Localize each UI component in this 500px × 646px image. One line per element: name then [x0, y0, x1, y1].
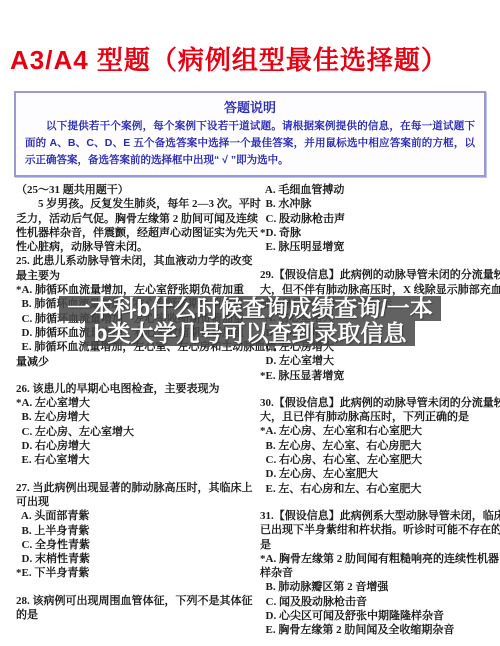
- text-line: *E. 下半身青紫: [16, 566, 256, 580]
- watermark-line: 一本科b什么时候查询成绩查询/一本: [59, 296, 440, 321]
- text-line: C. 股动脉枪击声: [260, 212, 496, 226]
- page-title: A3/A4 型题（病例组型最佳选择题）: [10, 40, 490, 77]
- text-line: [16, 369, 256, 382]
- text-line: 最主要为: [16, 269, 256, 283]
- text-line: 已出现下半身紫绀和杵状指。听诊时可能不存在的: [260, 523, 496, 537]
- text-line: E. 脉压明显增宽: [260, 240, 496, 254]
- text-line: B. 水冲脉: [260, 197, 496, 211]
- text-line: D. 左心房、左心室肥大: [260, 467, 496, 481]
- text-line: 31.【假设信息】此病例系大型动脉导管未闭，临床: [260, 509, 496, 523]
- text-line: C. 全身性青紫: [16, 538, 256, 552]
- text-line: （25～31 题共用题干）: [16, 183, 256, 197]
- text-line: 性心脏病，动脉导管未闭。: [16, 240, 256, 254]
- text-line: [260, 383, 496, 396]
- text-line: 大，且已伴有肺动脉高压时，下列正确的是: [260, 410, 496, 424]
- text-line: B. 左心房、左心室、右心房肥大: [260, 439, 496, 453]
- text-line: B. 左心房增大: [16, 410, 256, 424]
- exam-page: A3/A4 型题（病例组型最佳选择题） 答题说明 以下提供若干个案例，每个案例下…: [0, 0, 500, 646]
- text-line: 27. 当此病例出现显著的肺动脉高压时，其临床上: [16, 481, 256, 495]
- right-column: A. 毛细血管搏动 B. 水冲脉 C. 股动脉枪击声*D. 奇脉 E. 脉压明显…: [260, 183, 496, 638]
- text-line: 的是: [16, 608, 256, 622]
- answer-instructions-box: 答题说明 以下提供若干个案例，每个案例下设若干道试题。请根据案例提供的信息，在每…: [14, 91, 486, 177]
- text-line: A. 头面部青紫: [16, 509, 256, 523]
- text-line: *D. 奇脉: [260, 226, 496, 240]
- text-line: D. 左心室增大: [260, 354, 496, 368]
- text-line: 29.【假设信息】此病例的动脉导管未闭的分流量较: [260, 268, 496, 282]
- text-line: [260, 496, 496, 509]
- text-line: 样杂音: [260, 566, 496, 580]
- text-line: [16, 468, 256, 481]
- text-line: 性机器样杂音，伴震颤，经超声心动图证实为先天: [16, 226, 256, 240]
- text-line: 5 岁男孩。反复发生肺炎，每年 2—3 次。平时: [16, 197, 256, 211]
- text-line: A. 毛细血管搏动: [260, 183, 496, 197]
- watermark-overlay: 一本科b什么时候查询成绩查询/一本 b类大学几号可以查到录取信息: [0, 296, 500, 346]
- text-line: C. 右心房、右心室、左心室肥大: [260, 453, 496, 467]
- text-line: E. 胸骨左缘第 2 肋间闻及全收缩期杂音: [260, 623, 496, 637]
- text-line: C. 闻及股动脉枪击音: [260, 595, 496, 609]
- text-line: E. 左、右心房和左、右心室肥大: [260, 482, 496, 496]
- text-line: 28. 该病例可出现周围血管体征，下列不是其体征: [16, 594, 256, 608]
- text-line: *A. 左心室增大: [16, 396, 256, 410]
- text-line: *A. 左心房、左心室和右心室肥大: [260, 424, 496, 438]
- text-line: D. 心尖区可闻及舒张中期隆隆样杂音: [260, 609, 496, 623]
- text-line: 25. 此患儿系动脉导管未闭，其血液动力学的改变: [16, 254, 256, 268]
- text-line: 30.【假设信息】此病例的动脉导管未闭的分流量较: [260, 396, 496, 410]
- text-line: 量减少: [16, 355, 256, 369]
- instructions-body: 以下提供若干个案例，每个案例下设若干道试题。请根据案例提供的信息，在每一道试题下…: [25, 118, 475, 169]
- text-line: *E. 脉压显著增宽: [260, 369, 496, 383]
- text-line: E. 右心室增大: [16, 453, 256, 467]
- watermark-line: b类大学几号可以查到录取信息: [85, 321, 414, 346]
- text-line: 是: [260, 538, 496, 552]
- text-line: [16, 581, 256, 594]
- text-line: B. 上半身青紫: [16, 524, 256, 538]
- text-line: D. 右心房增大: [16, 439, 256, 453]
- text-line: D. 末梢性青紫: [16, 552, 256, 566]
- text-line: B. 肺动脉瓣区第 2 音增强: [260, 580, 496, 594]
- text-line: *A. 胸骨左缘第 2 肋间闻有粗糙响亮的连续性机器: [260, 552, 496, 566]
- text-line: C. 左心房、左心室增大: [16, 425, 256, 439]
- left-column: （25～31 题共用题干） 5 岁男孩。反复发生肺炎，每年 2—3 次。平时乏力…: [16, 183, 256, 622]
- instructions-title: 答题说明: [16, 97, 484, 116]
- text-line: 乏力，活动后气促。胸骨左缘第 2 肋间可闻及连续: [16, 212, 256, 226]
- text-line: [260, 254, 496, 268]
- text-line: 26. 该患儿的早期心电图检查，主要表现为: [16, 382, 256, 396]
- text-line: 可出现: [16, 495, 256, 509]
